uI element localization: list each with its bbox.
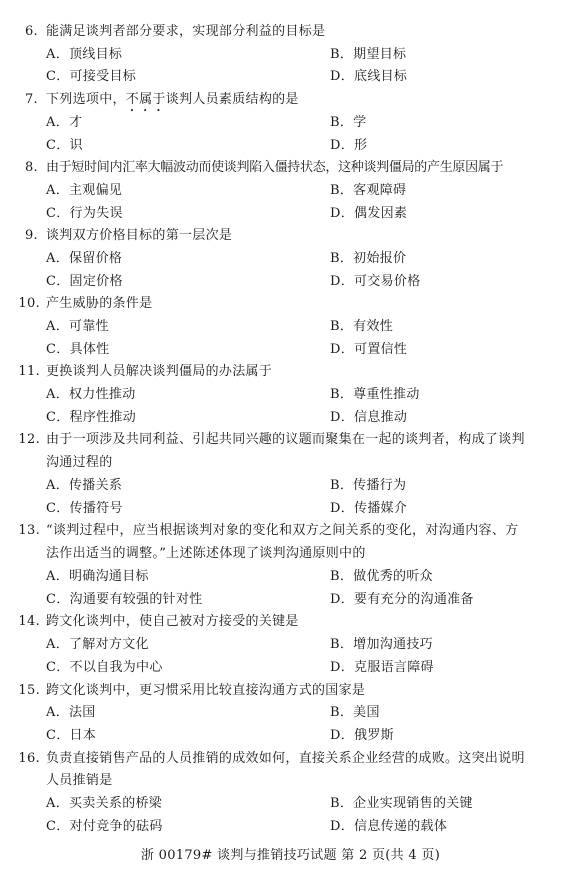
question-stem-line-2: 人员推销是 bbox=[46, 771, 113, 791]
question-7: 7. 下列选项中，不属于谈判人员素质结构的是 bbox=[0, 90, 581, 110]
question-stem: 跨文化谈判中，使自己被对方接受的关键是 bbox=[46, 612, 299, 632]
option-row: A．可靠性 B．有效性 bbox=[0, 317, 581, 337]
question-stem-continued: 沟通过程的 bbox=[0, 453, 581, 473]
option-row: A．明确沟通目标 B．做优秀的听众 bbox=[0, 567, 581, 587]
option-c: C．对付竞争的砝码 bbox=[46, 817, 163, 837]
option-d: D．可置信性 bbox=[330, 340, 407, 360]
option-row: C．可接受目标 D．底线目标 bbox=[0, 67, 581, 87]
question-number: 9. bbox=[14, 226, 38, 246]
question-stem: 谈判双方价格目标的第一层次是 bbox=[46, 226, 232, 246]
question-9: 9. 谈判双方价格目标的第一层次是 bbox=[0, 226, 581, 246]
question-number: 7. bbox=[14, 90, 38, 110]
option-b: B．做优秀的听众 bbox=[330, 567, 433, 587]
option-c: C．行为失误 bbox=[46, 204, 123, 224]
option-row: A．了解对方文化 B．增加沟通技巧 bbox=[0, 635, 581, 655]
option-c: C．可接受目标 bbox=[46, 67, 136, 87]
option-d: D．要有充分的沟通准备 bbox=[330, 590, 474, 610]
option-d: D．可交易价格 bbox=[330, 272, 421, 292]
question-stem: 能满足谈判者部分要求，实现部分利益的目标是 bbox=[46, 22, 325, 42]
option-b: B．初始报价 bbox=[330, 249, 406, 269]
page-footer: 浙 00179# 谈判与推销技巧试题 第 2 页(共 4 页) bbox=[0, 846, 581, 866]
option-row: C．固定价格 D．可交易价格 bbox=[0, 272, 581, 292]
option-row: C．行为失误 D．偶发因素 bbox=[0, 204, 581, 224]
option-a: A．传播关系 bbox=[46, 476, 122, 496]
question-number: 10. bbox=[10, 294, 40, 314]
option-row: A．顶线目标 B．期望目标 bbox=[0, 45, 581, 65]
option-c: C．不以自我为中心 bbox=[46, 658, 163, 678]
question-stem: “谈判过程中，应当根据谈判对象的变化和双方之间关系的变化，对沟通内容、方 bbox=[46, 521, 518, 541]
option-b: B．期望目标 bbox=[330, 45, 406, 65]
option-a: A．法国 bbox=[46, 703, 96, 723]
option-b: B．增加沟通技巧 bbox=[330, 635, 433, 655]
option-d: D．信息推动 bbox=[330, 408, 407, 428]
exam-page: 6. 能满足谈判者部分要求，实现部分利益的目标是 A．顶线目标 B．期望目标 C… bbox=[0, 0, 581, 881]
option-d: D．底线目标 bbox=[330, 67, 407, 87]
question-6: 6. 能满足谈判者部分要求，实现部分利益的目标是 bbox=[0, 22, 581, 42]
question-stem: 产生威胁的条件是 bbox=[46, 294, 152, 314]
question-stem-line-2: 法作出适当的调整。”上述陈述体现了谈判沟通原则中的 bbox=[46, 544, 366, 564]
question-number: 16. bbox=[10, 749, 40, 769]
option-c: C．日本 bbox=[46, 726, 96, 746]
option-row: A．才 B．学 bbox=[0, 113, 581, 133]
option-row: A．主观偏见 B．客观障碍 bbox=[0, 181, 581, 201]
option-row: C．对付竞争的砝码 D．信息传递的载体 bbox=[0, 817, 581, 837]
option-row: C．沟通要有较强的针对性 D．要有充分的沟通准备 bbox=[0, 590, 581, 610]
question-stem: 跨文化谈判中，更习惯采用比较直接沟通方式的国家是 bbox=[46, 681, 365, 701]
option-d: D．传播媒介 bbox=[330, 499, 407, 519]
option-row: A．权力性推动 B．尊重性推动 bbox=[0, 385, 581, 405]
option-row: A．传播关系 B．传播行为 bbox=[0, 476, 581, 496]
option-a: A．买卖关系的桥梁 bbox=[46, 794, 162, 814]
option-b: B．传播行为 bbox=[330, 476, 406, 496]
option-a: A．权力性推动 bbox=[46, 385, 136, 405]
option-d: D．偶发因素 bbox=[330, 204, 407, 224]
question-number: 14. bbox=[10, 612, 40, 632]
question-14: 14. 跨文化谈判中，使自己被对方接受的关键是 bbox=[0, 612, 581, 632]
option-row: C．日本 D．俄罗斯 bbox=[0, 726, 581, 746]
question-stem: 由于短时间内汇率大幅波动而使谈判陷入僵持状态，这种谈判僵局的产生原因属于 bbox=[46, 158, 503, 178]
question-stem: 下列选项中，不属于谈判人员素质结构的是 bbox=[46, 90, 299, 115]
option-row: C．识 D．形 bbox=[0, 136, 581, 156]
option-d: D．信息传递的载体 bbox=[330, 817, 447, 837]
option-b: B．客观障碍 bbox=[330, 181, 406, 201]
option-c: C．具体性 bbox=[46, 340, 109, 360]
question-number: 11. bbox=[10, 362, 40, 382]
option-d: D．俄罗斯 bbox=[330, 726, 394, 746]
option-c: C．固定价格 bbox=[46, 272, 123, 292]
question-number: 6. bbox=[14, 22, 38, 42]
question-16: 16. 负责直接销售产品的人员推销的成效如何，直接关系企业经营的成败。这突出说明 bbox=[0, 749, 581, 769]
question-stem: 负责直接销售产品的人员推销的成效如何，直接关系企业经营的成败。这突出说明 bbox=[46, 749, 525, 769]
option-a: A．顶线目标 bbox=[46, 45, 122, 65]
option-c: C．程序性推动 bbox=[46, 408, 136, 428]
question-10: 10. 产生威胁的条件是 bbox=[0, 294, 581, 314]
stem-pre: 下列选项中， bbox=[46, 92, 126, 107]
option-row: A．买卖关系的桥梁 B．企业实现销售的关键 bbox=[0, 794, 581, 814]
question-15: 15. 跨文化谈判中，更习惯采用比较直接沟通方式的国家是 bbox=[0, 681, 581, 701]
option-b: B．学 bbox=[330, 113, 366, 133]
option-c: C．识 bbox=[46, 136, 83, 156]
question-stem-continued: 人员推销是 bbox=[0, 771, 581, 791]
question-8: 8. 由于短时间内汇率大幅波动而使谈判陷入僵持状态，这种谈判僵局的产生原因属于 bbox=[0, 158, 581, 178]
option-a: A．保留价格 bbox=[46, 249, 122, 269]
option-d: D．克服语言障碍 bbox=[330, 658, 434, 678]
question-stem: 更换谈判人员解决谈判僵局的办法属于 bbox=[46, 362, 272, 382]
option-a: A．主观偏见 bbox=[46, 181, 122, 201]
option-a: A．可靠性 bbox=[46, 317, 109, 337]
question-13: 13. “谈判过程中，应当根据谈判对象的变化和双方之间关系的变化，对沟通内容、方 bbox=[0, 521, 581, 541]
option-b: B．企业实现销售的关键 bbox=[330, 794, 473, 814]
stem-post: 谈判人员素质结构的是 bbox=[166, 92, 299, 107]
question-11: 11. 更换谈判人员解决谈判僵局的办法属于 bbox=[0, 362, 581, 382]
option-row: A．保留价格 B．初始报价 bbox=[0, 249, 581, 269]
question-stem: 由于一项涉及共同利益、引起共同兴趣的议题而聚集在一起的谈判者，构成了谈判 bbox=[46, 430, 525, 450]
question-stem-line-2: 沟通过程的 bbox=[46, 453, 113, 473]
option-row: C．不以自我为中心 D．克服语言障碍 bbox=[0, 658, 581, 678]
option-b: B．尊重性推动 bbox=[330, 385, 420, 405]
question-12: 12. 由于一项涉及共同利益、引起共同兴趣的议题而聚集在一起的谈判者，构成了谈判 bbox=[0, 430, 581, 450]
question-number: 13. bbox=[10, 521, 40, 541]
option-row: C．传播符号 D．传播媒介 bbox=[0, 499, 581, 519]
option-row: A．法国 B．美国 bbox=[0, 703, 581, 723]
option-d: D．形 bbox=[330, 136, 367, 156]
option-a: A．才 bbox=[46, 113, 82, 133]
option-b: B．美国 bbox=[330, 703, 380, 723]
question-number: 12. bbox=[10, 430, 40, 450]
option-row: C．程序性推动 D．信息推动 bbox=[0, 408, 581, 428]
option-a: A．明确沟通目标 bbox=[46, 567, 149, 587]
question-number: 8. bbox=[14, 158, 38, 178]
option-row: C．具体性 D．可置信性 bbox=[0, 340, 581, 360]
option-b: B．有效性 bbox=[330, 317, 393, 337]
option-c: C．沟通要有较强的针对性 bbox=[46, 590, 203, 610]
emphasized-negation: 不属于 bbox=[126, 92, 166, 107]
question-stem-continued: 法作出适当的调整。”上述陈述体现了谈判沟通原则中的 bbox=[0, 544, 581, 564]
question-number: 15. bbox=[10, 681, 40, 701]
option-c: C．传播符号 bbox=[46, 499, 123, 519]
option-a: A．了解对方文化 bbox=[46, 635, 149, 655]
